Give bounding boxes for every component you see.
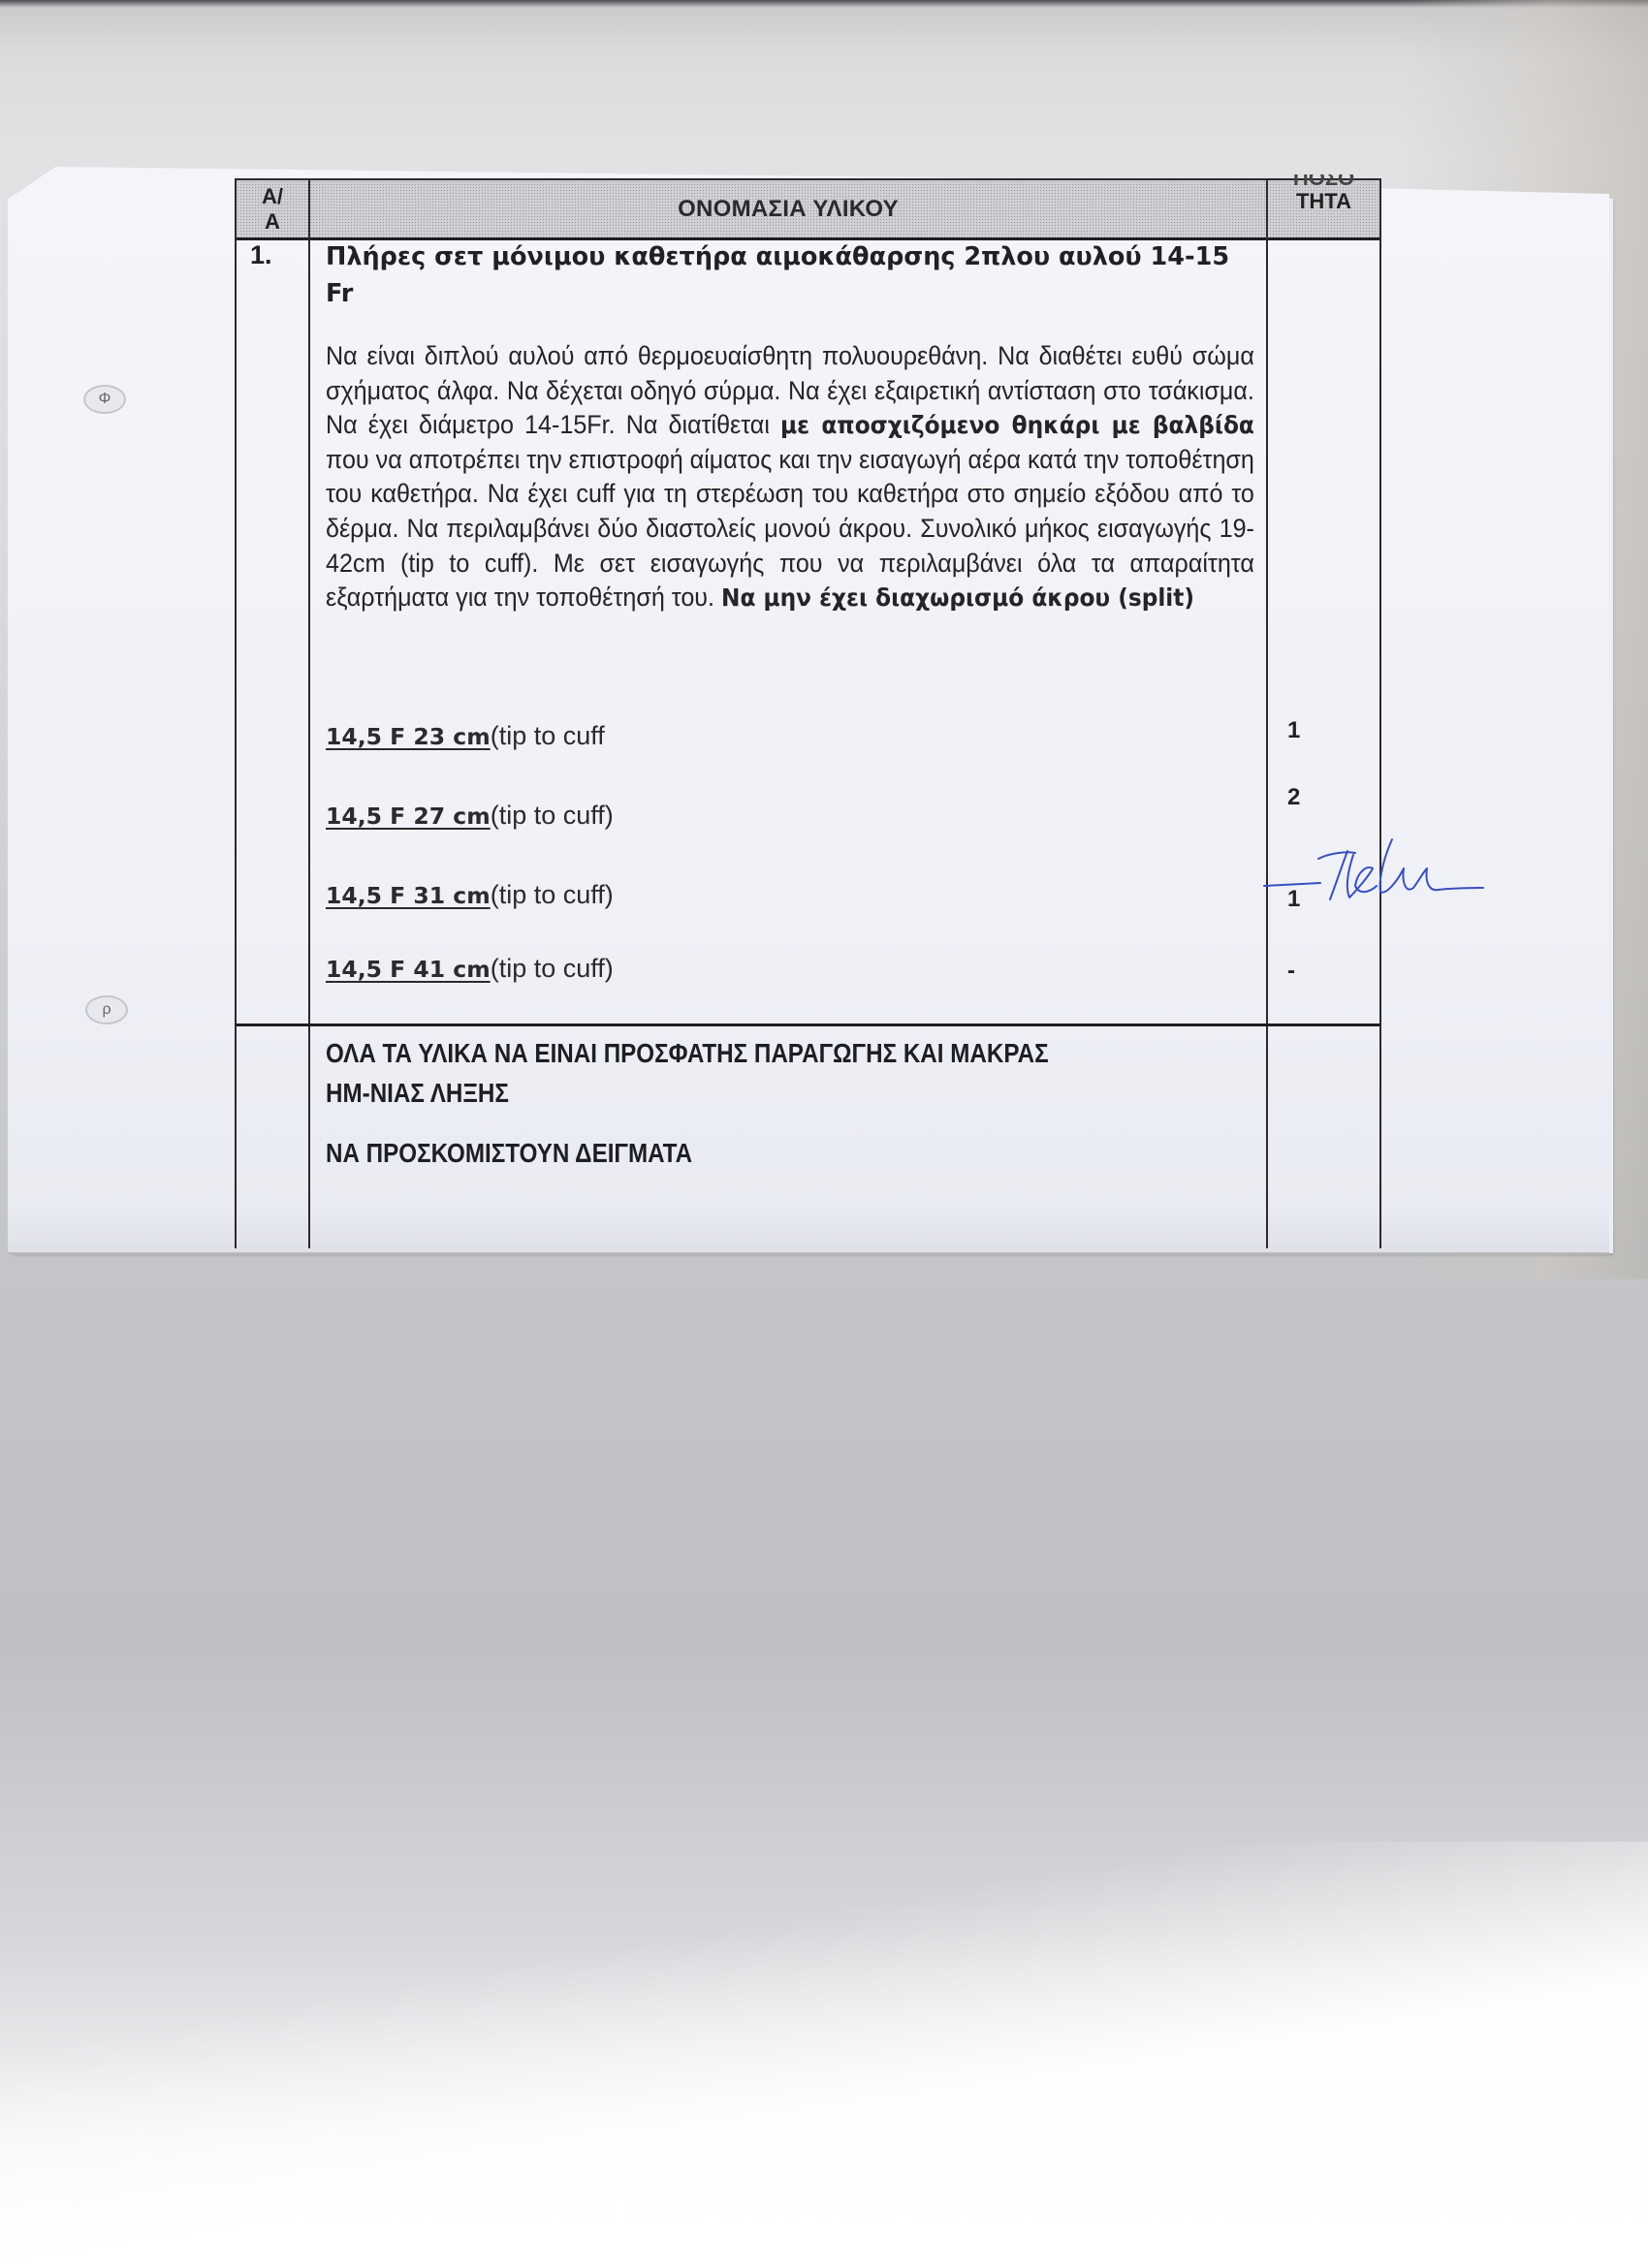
description-emphasis: Να μην έχει διαχωρισμό άκρου (split)	[721, 583, 1194, 612]
quantity-value: 1	[1287, 717, 1300, 744]
header-serial: Α/ Α	[237, 184, 308, 235]
quantity-value: 2	[1287, 784, 1300, 811]
header-quantity-cut: ΠΟΣΟ	[1268, 174, 1379, 188]
header-material-name: ΟΝΟΜΑΣΙΑ ΥΛΙΚΟΥ	[310, 196, 1266, 223]
table-header: Α/ Α ΟΝΟΜΑΣΙΑ ΥΛΙΚΟΥ ΠΟΣΟ ΤΗΤΑ	[237, 178, 1379, 240]
size-note: (tip to cuff)	[491, 801, 614, 830]
size-code: 14,5 F 31 cm	[326, 882, 491, 909]
punch-hole-icon: Φ	[83, 385, 126, 414]
item-description: Να είναι διπλού αυλού από θερμοευαίσθητη…	[326, 339, 1254, 615]
item-number: 1.	[250, 240, 272, 270]
size-note: (tip to cuff)	[491, 880, 614, 909]
size-option: 14,5 F 41 cm(tip to cuff)	[326, 954, 614, 984]
header-quantity-line2: ΤΗΤΑ	[1296, 189, 1351, 213]
footer-notice-line: ΟΛΑ ΤΑ ΥΛΙΚΑ ΝΑ ΕΙΝΑΙ ΠΡΟΣΦΑΤΗΣ ΠΑΡΑΓΩΓΗ…	[326, 1038, 1049, 1069]
size-option: 14,5 F 27 cm(tip to cuff)	[326, 801, 614, 831]
header-serial-line2: Α	[237, 209, 308, 235]
size-code: 14,5 F 41 cm	[326, 956, 491, 983]
footer-notice-line: ΗΜ-ΝΙΑΣ ΛΗΞΗΣ	[326, 1078, 509, 1109]
samples-notice: ΝΑ ΠΡΟΣΚΟΜΙΣΤΟΥΝ ΔΕΙΓΜΑΤΑ	[326, 1138, 692, 1169]
scanner-bottom-glow	[0, 1842, 1648, 2268]
header-serial-line1: Α/	[237, 184, 308, 209]
quantity-value: -	[1287, 958, 1295, 985]
size-code: 14,5 F 27 cm	[326, 803, 491, 830]
item-title: Πλήρες σετ μόνιμου καθετήρα αιμοκάθαρσης…	[326, 238, 1254, 312]
size-note: (tip to cuff	[491, 721, 605, 750]
signature-icon	[1262, 830, 1485, 907]
description-emphasis: με αποσχιζόμενο θηκάρι με βαλβίδα	[780, 411, 1254, 439]
size-code: 14,5 F 23 cm	[326, 723, 491, 750]
row-divider	[237, 1024, 1379, 1026]
materials-table: Α/ Α ΟΝΟΜΑΣΙΑ ΥΛΙΚΟΥ ΠΟΣΟ ΤΗΤΑ 1. Πλήρες…	[235, 178, 1381, 1248]
size-option: 14,5 F 31 cm(tip to cuff)	[326, 880, 614, 910]
column-divider	[1266, 178, 1268, 1248]
header-quantity: ΠΟΣΟ ΤΗΤΑ	[1268, 174, 1379, 236]
size-option: 14,5 F 23 cm(tip to cuff	[326, 721, 605, 751]
punch-hole-icon: ρ	[85, 995, 128, 1024]
column-divider	[308, 178, 310, 1248]
size-note: (tip to cuff)	[491, 954, 614, 983]
